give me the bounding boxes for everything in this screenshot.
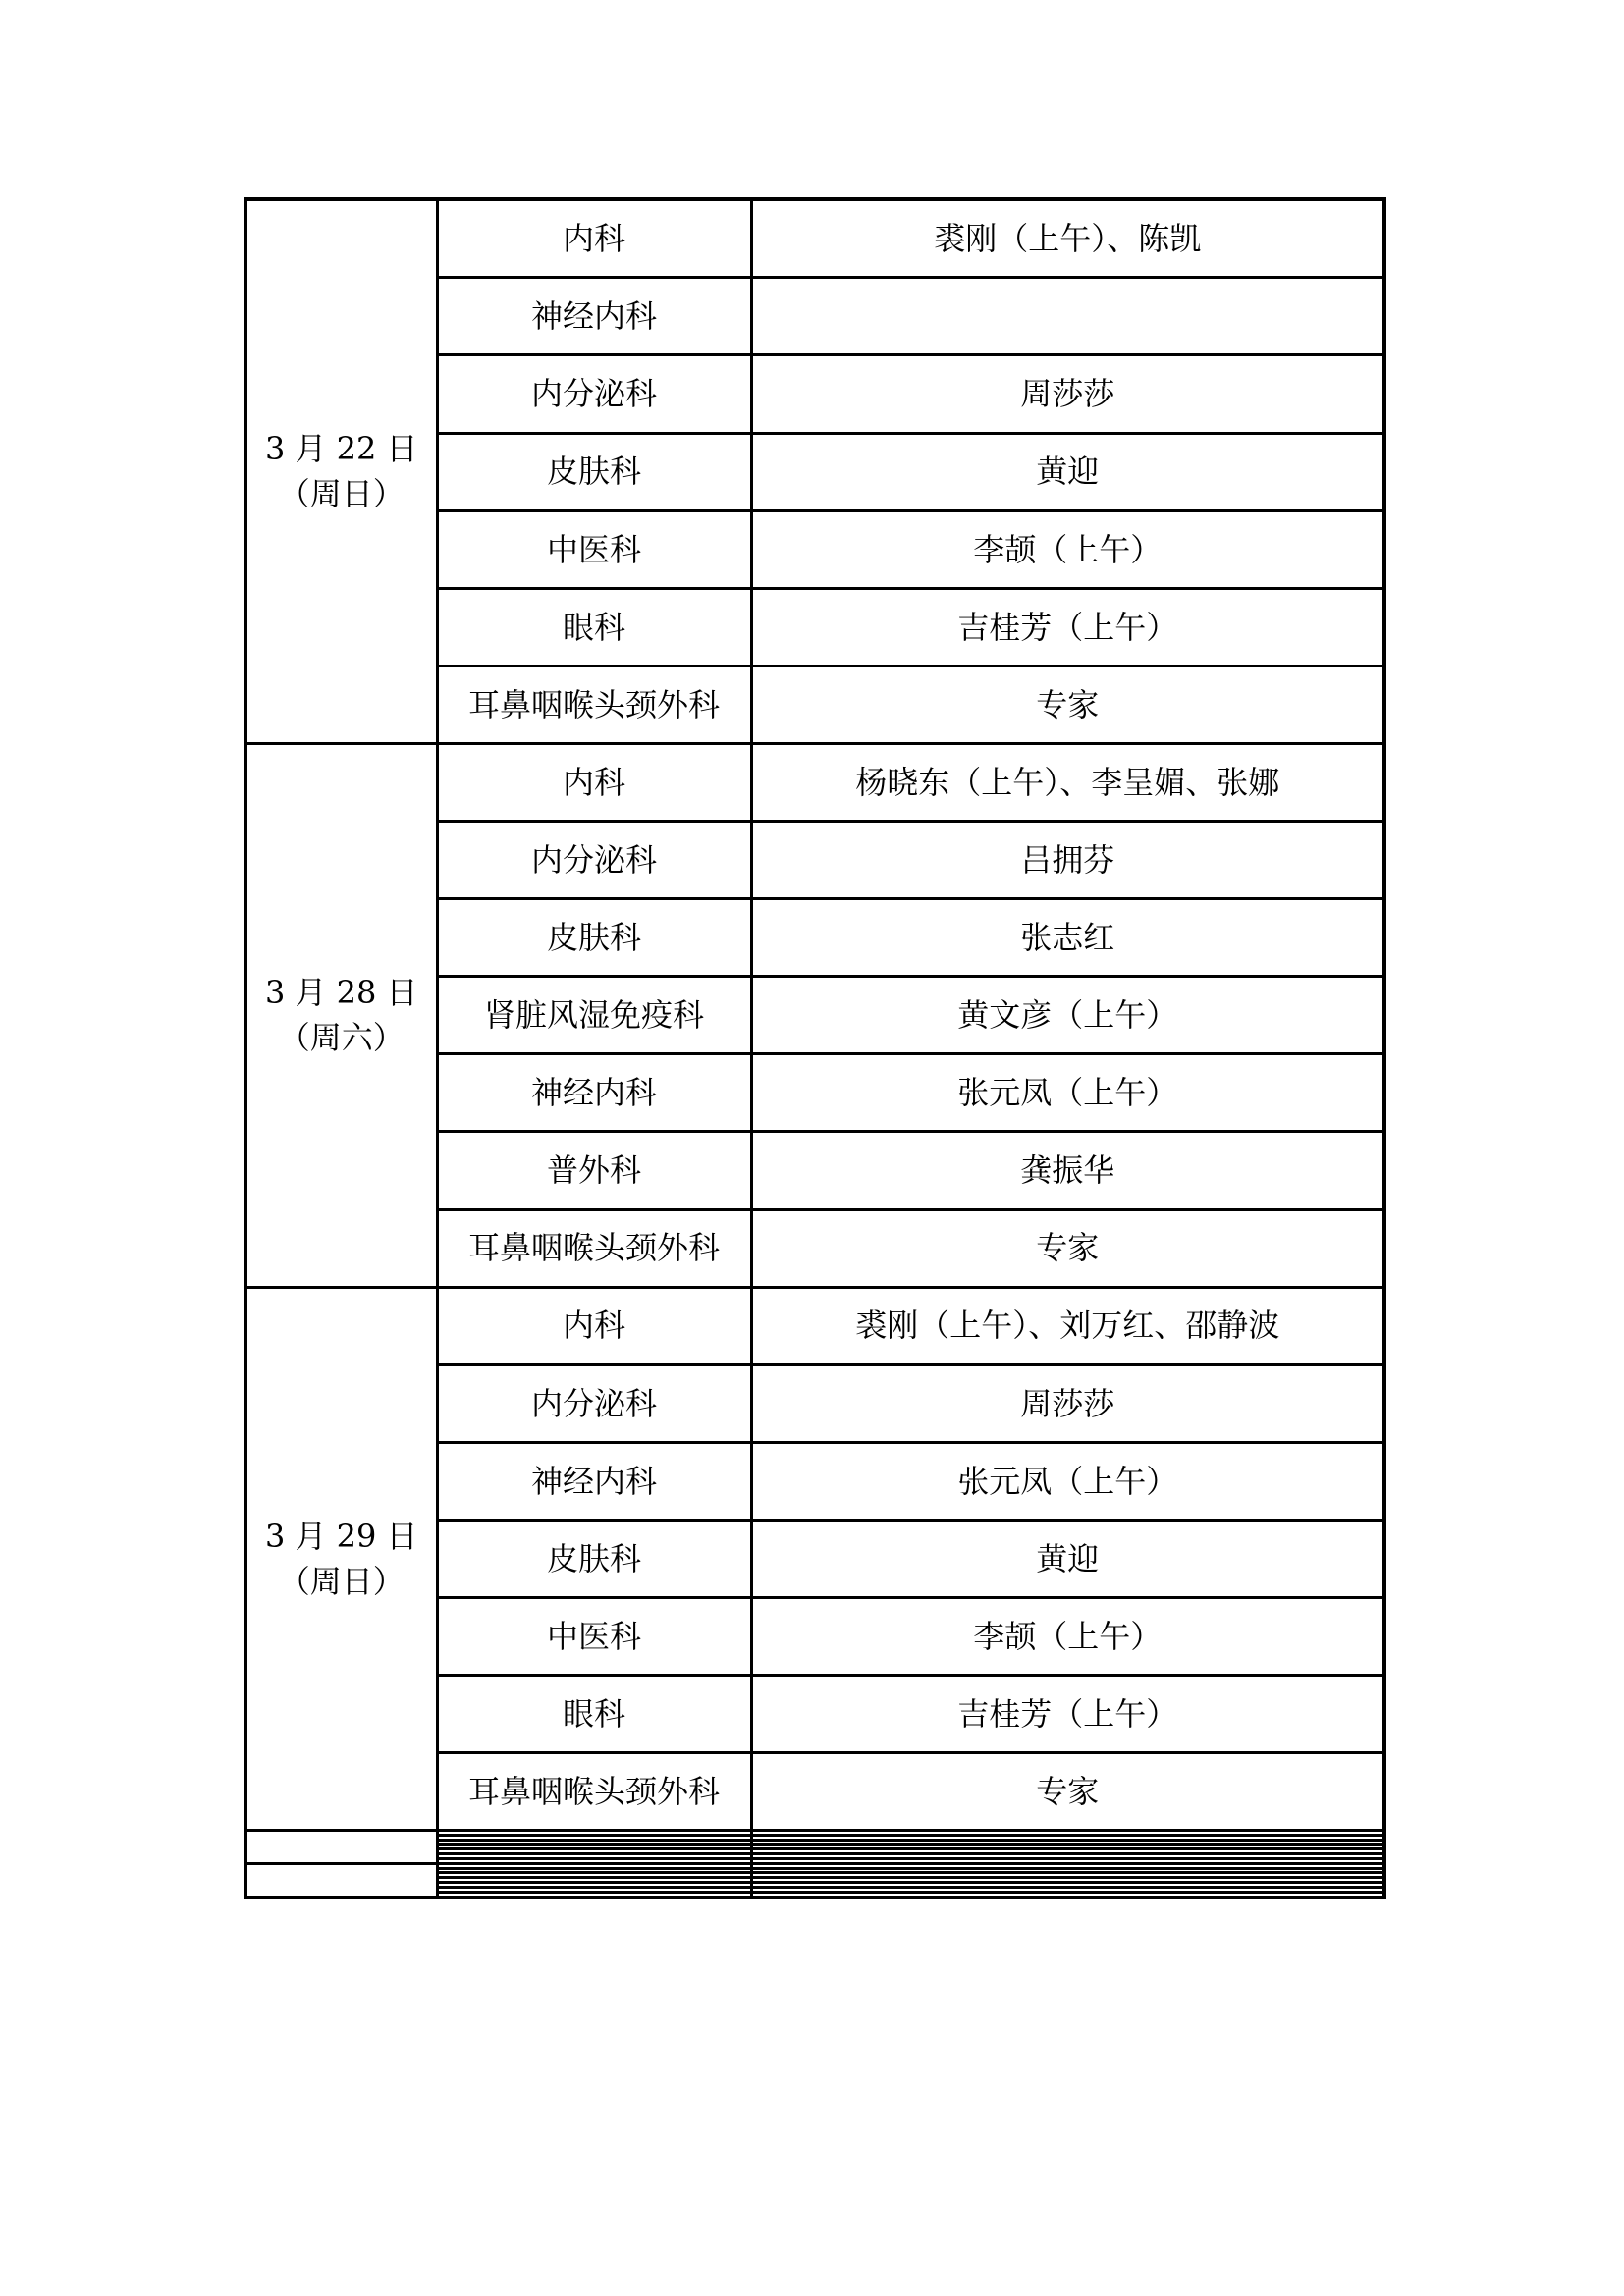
date-line1: 3 月 29 日 [247, 1514, 436, 1559]
department-cell: 中医科 [437, 1597, 751, 1675]
department-cell: 内科 [437, 1287, 751, 1364]
doctors-cell: 张元凤（上午） [751, 1442, 1384, 1520]
department-cell: 耳鼻咽喉头颈外科 [437, 666, 751, 743]
table-row: 3 月 29 日（周日） 内科 裘刚（上午）、刘万红、邵静波 [245, 1287, 1384, 1364]
doctors-cell [751, 278, 1384, 355]
department-cell: 内分泌科 [437, 355, 751, 433]
department-cell: 内分泌科 [437, 822, 751, 899]
date-cell: 3 月 29 日（周日） [245, 1287, 437, 1831]
doctors-cell: 裘刚（上午）、陈凯 [751, 199, 1384, 278]
department-cell: 皮肤科 [437, 1520, 751, 1597]
department-cell: 耳鼻咽喉头颈外科 [437, 1753, 751, 1831]
department-cell: 普外科 [437, 1132, 751, 1209]
table-row: 3 月 28 日（周六） 内科 杨晓东（上午）、李呈媚、张娜 [245, 743, 1384, 821]
doctors-cell: 吉桂芳（上午） [751, 588, 1384, 666]
schedule-table: 3 月 22 日（周日） 内科 裘刚（上午）、陈凯 神经内科 内分泌科周莎莎 皮… [244, 197, 1386, 1899]
doctors-cell: 专家 [751, 1753, 1384, 1831]
date-line2: （周日） [247, 471, 436, 516]
doctors-cell: 周莎莎 [751, 1364, 1384, 1442]
department-cell: 内分泌科 [437, 1364, 751, 1442]
date-line2: （周日） [247, 1559, 436, 1604]
doctors-cell: 张元凤（上午） [751, 1054, 1384, 1132]
department-cell [437, 1892, 751, 1897]
doctors-cell: 李颉（上午） [751, 510, 1384, 588]
department-cell: 耳鼻咽喉头颈外科 [437, 1209, 751, 1287]
date-cell: 3 月 22 日（周日） [245, 199, 437, 743]
department-cell: 神经内科 [437, 1442, 751, 1520]
doctors-cell: 李颉（上午） [751, 1597, 1384, 1675]
department-cell: 神经内科 [437, 278, 751, 355]
date-line2: （周六） [247, 1015, 436, 1060]
date-cell: 3 月 28 日（周六） [245, 743, 437, 1287]
doctors-cell: 专家 [751, 666, 1384, 743]
department-cell: 眼科 [437, 588, 751, 666]
doctors-cell: 吉桂芳（上午） [751, 1676, 1384, 1753]
department-cell: 中医科 [437, 510, 751, 588]
department-cell: 神经内科 [437, 1054, 751, 1132]
department-cell: 肾脏风湿免疫科 [437, 977, 751, 1054]
department-cell: 皮肤科 [437, 899, 751, 977]
table-row: 3 月 22 日（周日） 内科 裘刚（上午）、陈凯 [245, 199, 1384, 278]
doctors-cell: 周莎莎 [751, 355, 1384, 433]
department-cell: 皮肤科 [437, 433, 751, 510]
doctors-cell: 黄文彦（上午） [751, 977, 1384, 1054]
doctors-cell: 黄迎 [751, 1520, 1384, 1597]
department-cell: 眼科 [437, 1676, 751, 1753]
doctors-cell: 黄迎 [751, 433, 1384, 510]
date-line1: 3 月 22 日 [247, 426, 436, 471]
department-cell: 内科 [437, 743, 751, 821]
doctors-cell: 龚振华 [751, 1132, 1384, 1209]
doctors-cell: 张志红 [751, 899, 1384, 977]
doctors-cell: 杨晓东（上午）、李呈媚、张娜 [751, 743, 1384, 821]
doctors-cell: 专家 [751, 1209, 1384, 1287]
date-line1: 3 月 28 日 [247, 970, 436, 1015]
doctors-cell [751, 1892, 1384, 1897]
doctors-cell: 吕拥芬 [751, 822, 1384, 899]
doctors-cell: 裘刚（上午）、刘万红、邵静波 [751, 1287, 1384, 1364]
department-cell: 内科 [437, 199, 751, 278]
date-cell [245, 1831, 437, 1864]
date-cell [245, 1863, 437, 1897]
